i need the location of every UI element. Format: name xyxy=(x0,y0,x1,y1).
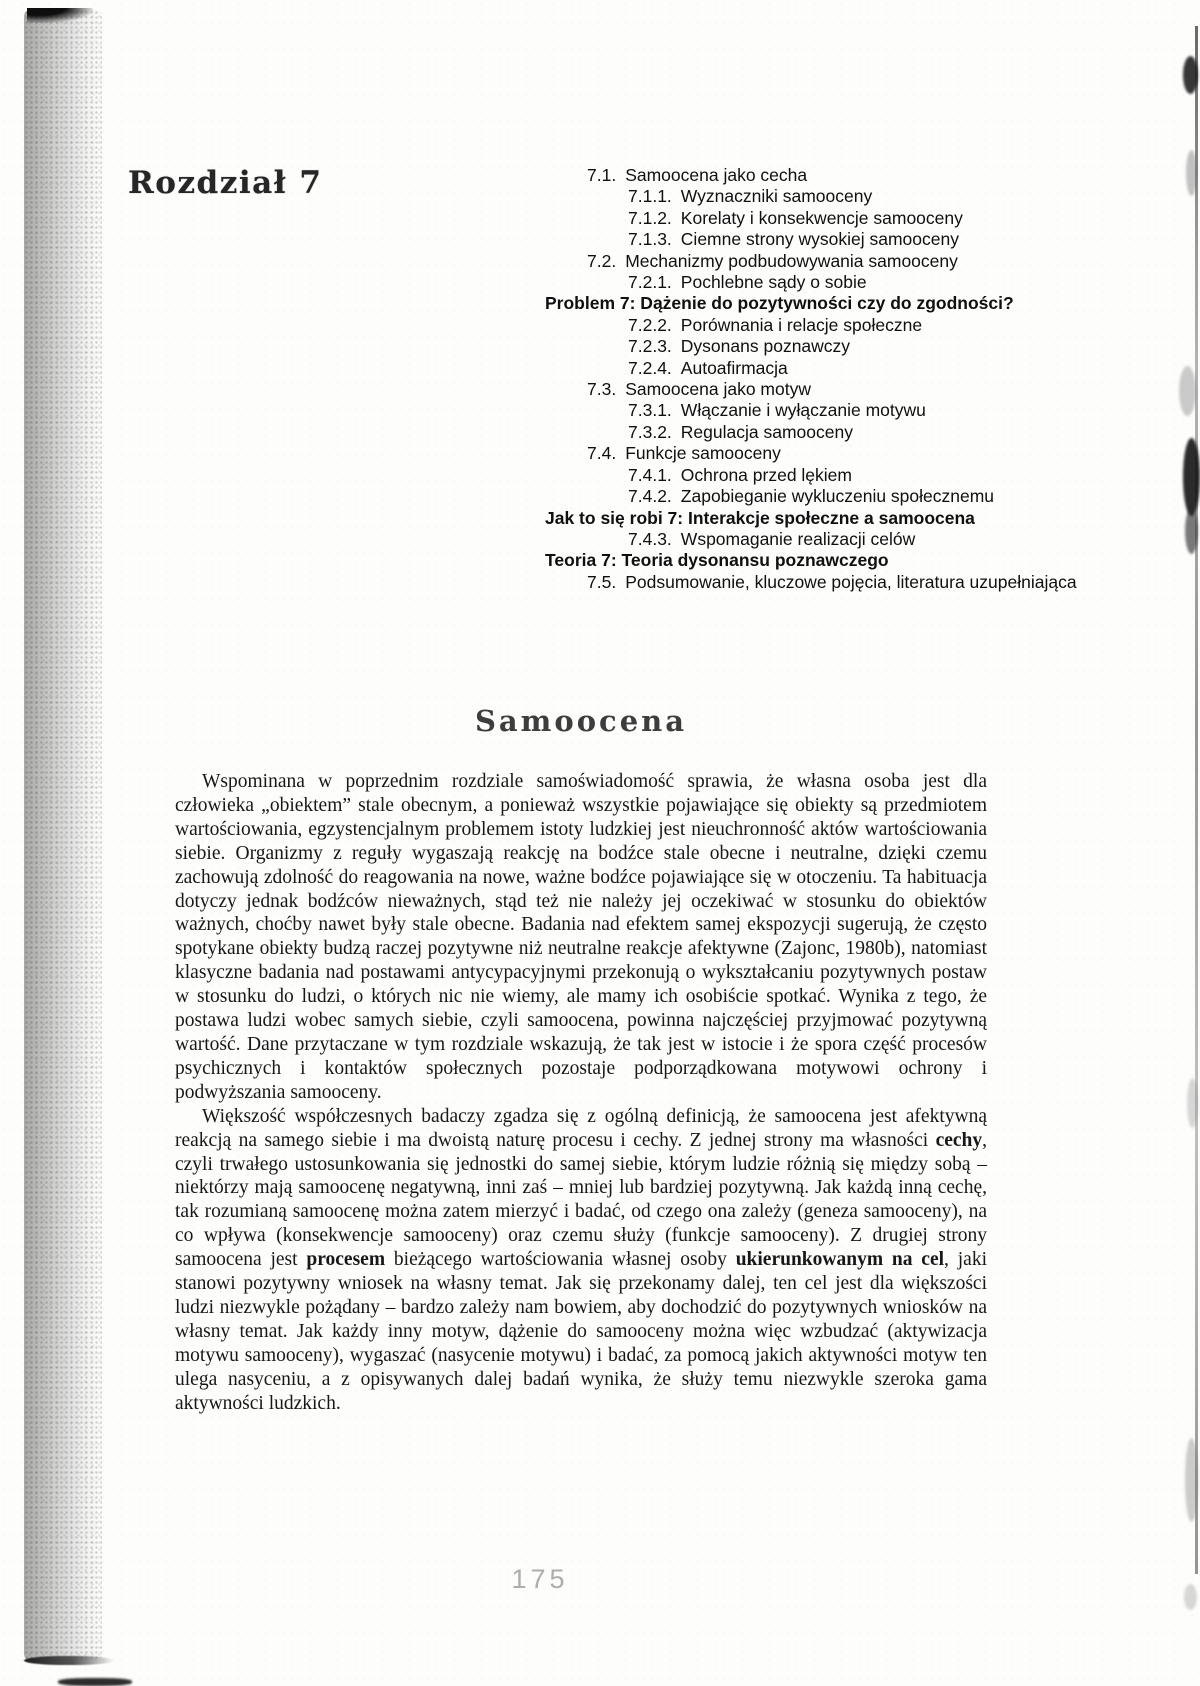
toc-item: 7.2.1.Pochlebne sądy o sobie xyxy=(628,272,1045,293)
scan-bottom-left-mark xyxy=(58,1678,132,1686)
paragraph: Większość współczesnych badaczy zgadza s… xyxy=(175,1105,987,1416)
toc-item-number: 7.2.4. xyxy=(628,358,672,379)
scan-right-smudge xyxy=(1187,1078,1198,1128)
toc-item-number: 7.3.1. xyxy=(628,400,672,421)
toc-item-label: Wyznaczniki samooceny xyxy=(681,186,872,206)
text-segment: Wspominana w poprzednim rozdziale samośw… xyxy=(175,771,987,1103)
toc-item-label: Samoocena jako motyw xyxy=(625,379,811,399)
toc-item-label: Mechanizmy podbudowywania samooceny xyxy=(625,251,958,271)
toc-item: 7.4.1.Ochrona przed lękiem xyxy=(628,465,1045,486)
toc-item-number: 7.3.2. xyxy=(628,422,672,443)
toc-item-label: Włączanie i wyłączanie motywu xyxy=(681,400,926,420)
toc-item-label: Zapobieganie wykluczeniu społecznemu xyxy=(681,486,994,506)
toc-item: 7.4.2.Zapobieganie wykluczeniu społeczne… xyxy=(628,486,1045,507)
toc-item-number: 7.4.2. xyxy=(628,486,672,507)
scan-right-smudge xyxy=(1185,508,1198,554)
toc-item: 7.1.2.Korelaty i konsekwencje samooceny xyxy=(628,208,1045,229)
scan-right-smudge xyxy=(1179,366,1196,416)
bold-term: cechy xyxy=(936,1130,983,1151)
paragraph: Wspominana w poprzednim rozdziale samośw… xyxy=(175,770,987,1105)
toc-item: 7.4.Funkcje samooceny xyxy=(587,443,1045,464)
toc-item-number: 7.2. xyxy=(587,251,616,272)
toc-item: 7.3.Samoocena jako motyw xyxy=(587,379,1045,400)
toc-item-label: Ochrona przed lękiem xyxy=(681,465,852,485)
toc-item-number: 7.4. xyxy=(587,443,616,464)
toc-item-label: Problem 7: Dążenie do pozytywności czy d… xyxy=(545,293,1014,313)
toc-item-number: 7.1.3. xyxy=(628,229,672,250)
toc-item: 7.2.4.Autoafirmacja xyxy=(628,358,1045,379)
toc-item-label: Regulacja samooceny xyxy=(681,422,853,442)
toc-item-label: Porównania i relacje społeczne xyxy=(681,315,922,335)
scan-gutter-top-shadow xyxy=(27,8,93,23)
chapter-heading: Rozdział 7 xyxy=(128,165,322,201)
toc-item-label: Wspomaganie realizacji celów xyxy=(681,529,915,549)
toc-item-label: Funkcje samooceny xyxy=(625,443,781,463)
scan-right-smudge xyxy=(1183,438,1200,516)
toc-item: 7.2.3.Dysonans poznawczy xyxy=(628,336,1045,357)
scan-right-edge-line xyxy=(1195,26,1198,1574)
scan-gutter-band xyxy=(24,10,102,1660)
toc-item-label: Ciemne strony wysokiej samooceny xyxy=(681,229,959,249)
text-segment: , jaki stanowi pozytywny wniosek na włas… xyxy=(175,1249,987,1413)
toc-item-number: 7.4.1. xyxy=(628,465,672,486)
toc-item-number: 7.5. xyxy=(587,572,616,593)
text-segment: Większość współczesnych badaczy zgadza s… xyxy=(175,1106,987,1151)
toc-item: 7.5.Podsumowanie, kluczowe pojęcia, lite… xyxy=(587,572,1045,593)
body-paragraphs: Wspominana w poprzednim rozdziale samośw… xyxy=(175,770,987,1415)
scan-right-smudge xyxy=(1184,1584,1197,1610)
toc-item-label: Jak to się robi 7: Interakcje społeczne … xyxy=(545,508,975,528)
toc-item-number: 7.1.1. xyxy=(628,186,672,207)
toc-item-label: Pochlebne sądy o sobie xyxy=(681,272,867,292)
scan-gutter-bottom-shadow xyxy=(24,1656,114,1665)
bold-term: procesem xyxy=(306,1249,385,1270)
toc-item-number: 7.2.3. xyxy=(628,336,672,357)
toc-item: 7.3.2.Regulacja samooceny xyxy=(628,422,1045,443)
toc: 7.1.Samoocena jako cecha7.1.1.Wyznacznik… xyxy=(545,165,1045,593)
toc-item-label: Korelaty i konsekwencje samooceny xyxy=(681,208,963,228)
scan-right-smudge xyxy=(1186,150,1197,196)
toc-item: 7.2.2.Porównania i relacje społeczne xyxy=(628,315,1045,336)
scanned-book-page: Rozdział 7 7.1.Samoocena jako cecha7.1.1… xyxy=(0,0,1200,1686)
toc-item-number: 7.3. xyxy=(587,379,616,400)
toc-item-label: Teoria 7: Teoria dysonansu poznawczego xyxy=(545,550,889,570)
bold-term: ukierunkowanym na cel xyxy=(736,1249,944,1270)
toc-item-label: Podsumowanie, kluczowe pojęcia, literatu… xyxy=(625,572,1076,592)
toc-item: 7.1.3.Ciemne strony wysokiej samooceny xyxy=(628,229,1045,250)
toc-item-number: 7.1.2. xyxy=(628,208,672,229)
toc-item: 7.1.1.Wyznaczniki samooceny xyxy=(628,186,1045,207)
section-title: Samoocena xyxy=(175,704,987,738)
page-number: 175 xyxy=(175,1564,905,1595)
toc-box-heading: Teoria 7: Teoria dysonansu poznawczego xyxy=(545,550,1045,571)
toc-item-label: Autoafirmacja xyxy=(681,358,788,378)
scan-right-smudge xyxy=(1185,1438,1198,1522)
toc-item-label: Samoocena jako cecha xyxy=(625,165,807,185)
toc-item-number: 7.4.3. xyxy=(628,529,672,550)
toc-item-number: 7.2.1. xyxy=(628,272,672,293)
toc-item: 7.3.1.Włączanie i wyłączanie motywu xyxy=(628,400,1045,421)
toc-item-number: 7.2.2. xyxy=(628,315,672,336)
toc-item: 7.4.3.Wspomaganie realizacji celów xyxy=(628,529,1045,550)
toc-item-number: 7.1. xyxy=(587,165,616,186)
scan-right-smudge xyxy=(1183,56,1198,94)
toc-box-heading: Problem 7: Dążenie do pozytywności czy d… xyxy=(545,293,1045,314)
toc-item-label: Dysonans poznawczy xyxy=(681,336,850,356)
toc-item: 7.1.Samoocena jako cecha xyxy=(587,165,1045,186)
toc-box-heading: Jak to się robi 7: Interakcje społeczne … xyxy=(545,508,1045,529)
text-segment: bieżącego wartościowania własnej osoby xyxy=(385,1249,736,1270)
toc-item: 7.2.Mechanizmy podbudowywania samooceny xyxy=(587,251,1045,272)
